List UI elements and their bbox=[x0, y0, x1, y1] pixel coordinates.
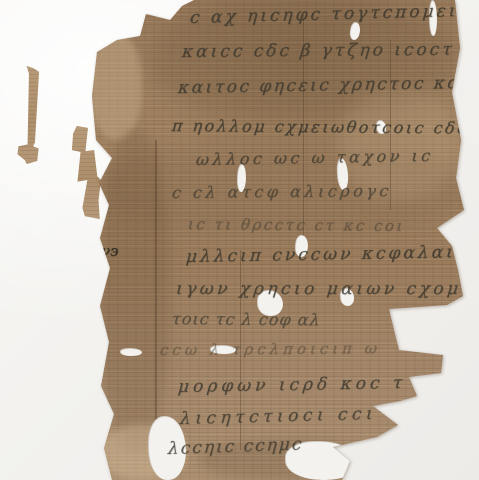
papyrus-fragment-wrap: ϲ αχ ηιϲηφϲ τογτϲπομεικαιϲϲ ϲδϲ β γτζηο … bbox=[0, 0, 479, 480]
damage-hole bbox=[349, 21, 362, 40]
discoloration-patch bbox=[90, 34, 142, 139]
discoloration-patch bbox=[100, 130, 170, 450]
greek-handwriting-line: ιϲ τι θρϲϲτϲ ϲτ κϲ ϲοι bbox=[187, 215, 406, 235]
greek-handwriting-line: λιϲητϲτιοϲι ϲϲι bbox=[179, 404, 378, 429]
greek-handwriting-line: λϲϲηιϲ ϲϲημϲ bbox=[167, 434, 304, 459]
greek-handwriting-line: π ηολλομ ϲχμειωθοτϲοιϲ ϲδϲ bbox=[171, 116, 470, 138]
greek-handwriting-line: ϲϲω λ τρϲλποιϲιπ ω bbox=[159, 339, 382, 359]
greek-handwriting-line: ιγων χρηϲιο μαιων ϲχομ bbox=[175, 279, 463, 299]
damage-hole bbox=[120, 348, 142, 356]
papyrus-fragment: ϲ αχ ηιϲηφϲ τογτϲπομεικαιϲϲ ϲδϲ β γτζηο … bbox=[90, 0, 468, 480]
greek-handwriting-line: μλλϲιπ ϲνϲϲων κϲφαλαι bbox=[185, 242, 457, 267]
greek-handwriting-line: ϲ ϲλ ατϲφ αλιϲρογϲ bbox=[171, 181, 393, 202]
fiber-crack bbox=[155, 140, 157, 440]
greek-handwriting-line: τοιϲ τϲ λ ϲοφ αλ bbox=[171, 309, 322, 329]
greek-handwriting-line: μορφων ιϲρδ κοϲ τ bbox=[177, 373, 407, 397]
greek-handwriting-line: καιϲϲ ϲδϲ β γτζηο ιϲοϲτ bbox=[181, 40, 456, 62]
greek-handwriting-line: ωλλοϲ ωϲ ω ταχον ιϲ bbox=[195, 146, 434, 169]
photo-backdrop: ϲ αχ ηιϲηφϲ τογτϲπομεικαιϲϲ ϲδϲ β γτζηο … bbox=[0, 0, 479, 480]
greek-handwriting-line: καιτοϲ φηϲειϲ χρηϲτοϲ καμ bbox=[177, 73, 476, 98]
marginal-mark: ν϶ bbox=[101, 242, 119, 260]
greek-handwriting-line: ϲ αχ ηιϲηφϲ τογτϲπομει bbox=[189, 1, 459, 28]
